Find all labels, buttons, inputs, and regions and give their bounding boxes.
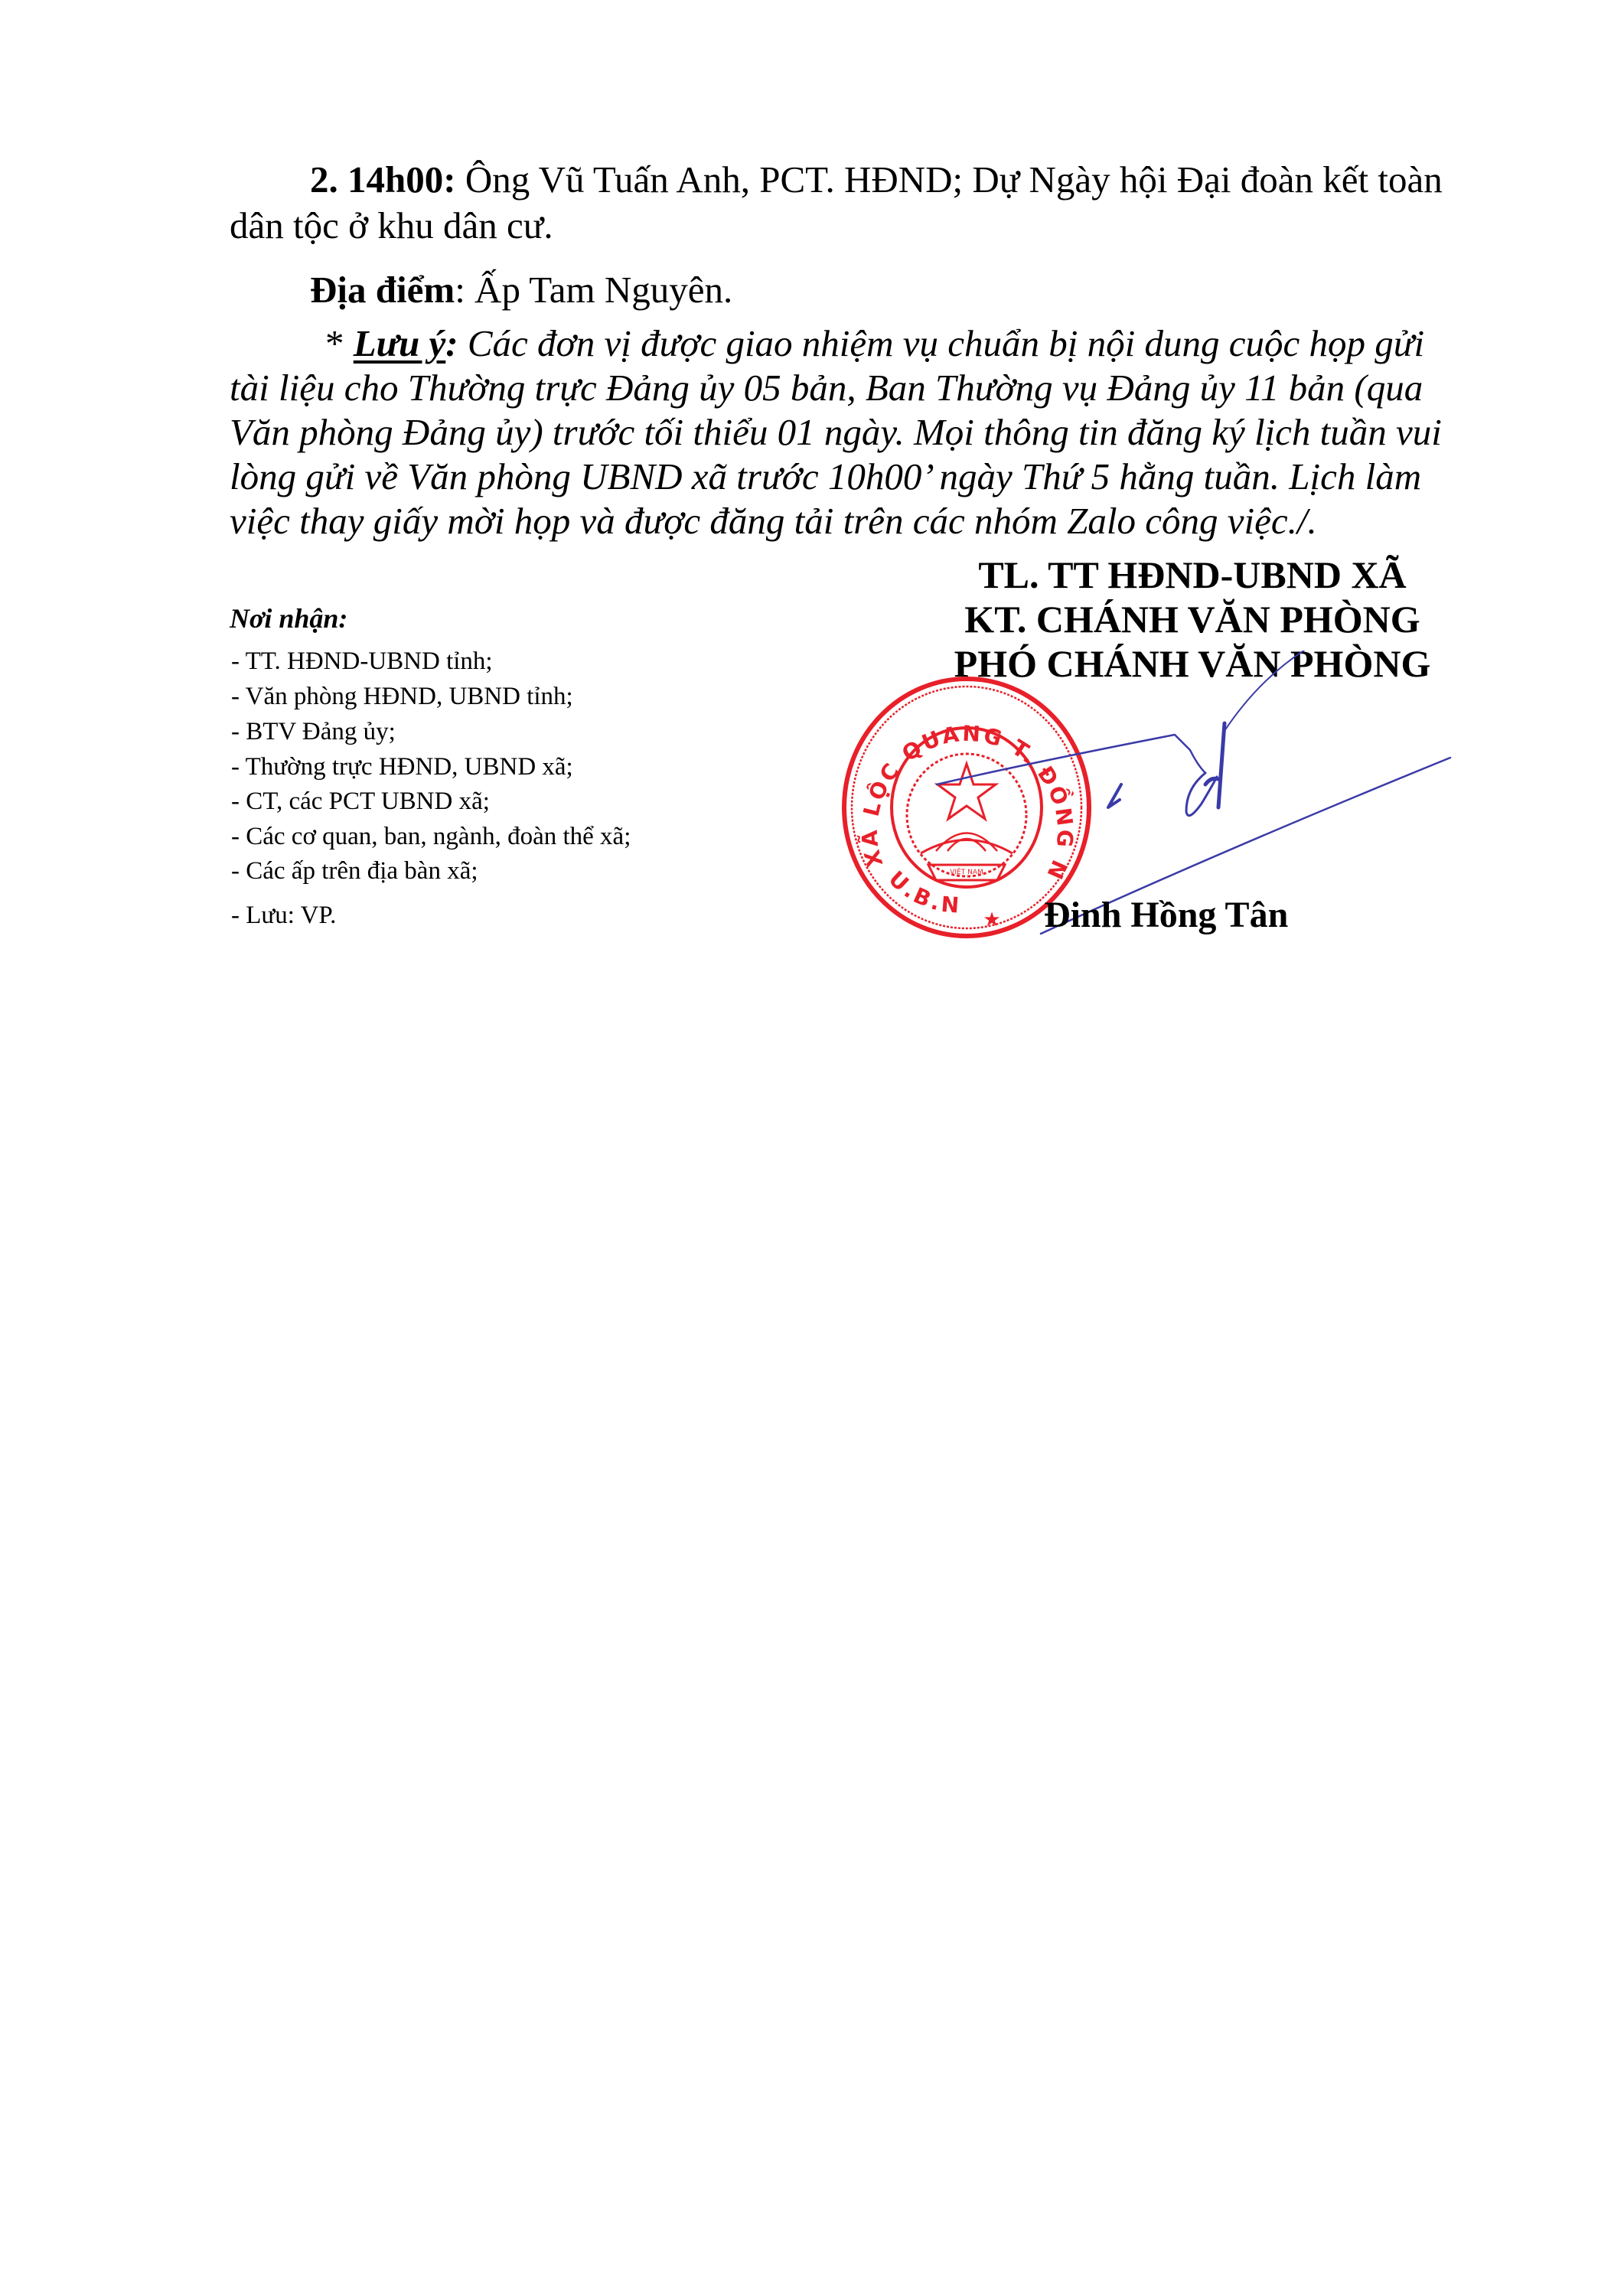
note-line-3: Văn phòng Đảng ủy) trước tối thiểu 01 ng… — [230, 410, 1442, 455]
recipient-item: - Các cơ quan, ban, ngành, đoàn thể xã; — [231, 823, 631, 851]
note-line-1: * Lưu ý: Các đơn vị được giao nhiệm vụ c… — [325, 321, 1424, 366]
note-label: Lưu ý — [354, 322, 446, 364]
recipient-item: - BTV Đảng ủy; — [231, 718, 396, 746]
recipient-item: - TT. HĐND-UBND tỉnh; — [231, 647, 493, 676]
recipients-heading: Nơi nhận: — [230, 602, 347, 634]
agenda-item-number-time: 2. 14h00: — [310, 158, 456, 201]
agenda-item-line-2: dân tộc ở khu dân cư. — [230, 204, 553, 248]
signer-name: Đinh Hồng Tân — [1044, 894, 1288, 936]
note-text: Các đơn vị được giao nhiệm vụ chuẩn bị n… — [458, 322, 1425, 364]
note-prefix: * — [325, 322, 354, 364]
note-line-2: tài liệu cho Thường trực Đảng ủy 05 bản,… — [230, 366, 1423, 410]
note-line-4: lòng gửi về Văn phòng UBND xã trước 10h0… — [230, 455, 1421, 499]
signature-title-line-1: TL. TT HĐND-UBND XÃ — [902, 553, 1483, 597]
location-label: Địa điểm — [310, 269, 455, 311]
recipient-item: - Các ấp trên địa bàn xã; — [231, 857, 478, 885]
recipient-item: - Thường trực HĐND, UBND xã; — [231, 753, 573, 781]
recipient-item: - Văn phòng HĐND, UBND tỉnh; — [231, 683, 573, 711]
agenda-item-line-1: 2. 14h00: Ông Vũ Tuấn Anh, PCT. HĐND; Dự… — [310, 158, 1443, 202]
location-value: : Ấp Tam Nguyên. — [455, 269, 732, 311]
agenda-item-text: Ông Vũ Tuấn Anh, PCT. HĐND; Dự Ngày hội … — [456, 158, 1443, 201]
agenda-item-location: Địa điểm: Ấp Tam Nguyên. — [310, 268, 732, 312]
note-line-5: việc thay giấy mời họp và được đăng tải … — [230, 499, 1317, 543]
signature-title-line-2: KT. CHÁNH VĂN PHÒNG — [902, 597, 1483, 641]
recipient-item: - CT, các PCT UBND xã; — [231, 788, 490, 816]
recipient-item: - Lưu: VP. — [231, 902, 336, 930]
note-colon: : — [445, 322, 458, 364]
